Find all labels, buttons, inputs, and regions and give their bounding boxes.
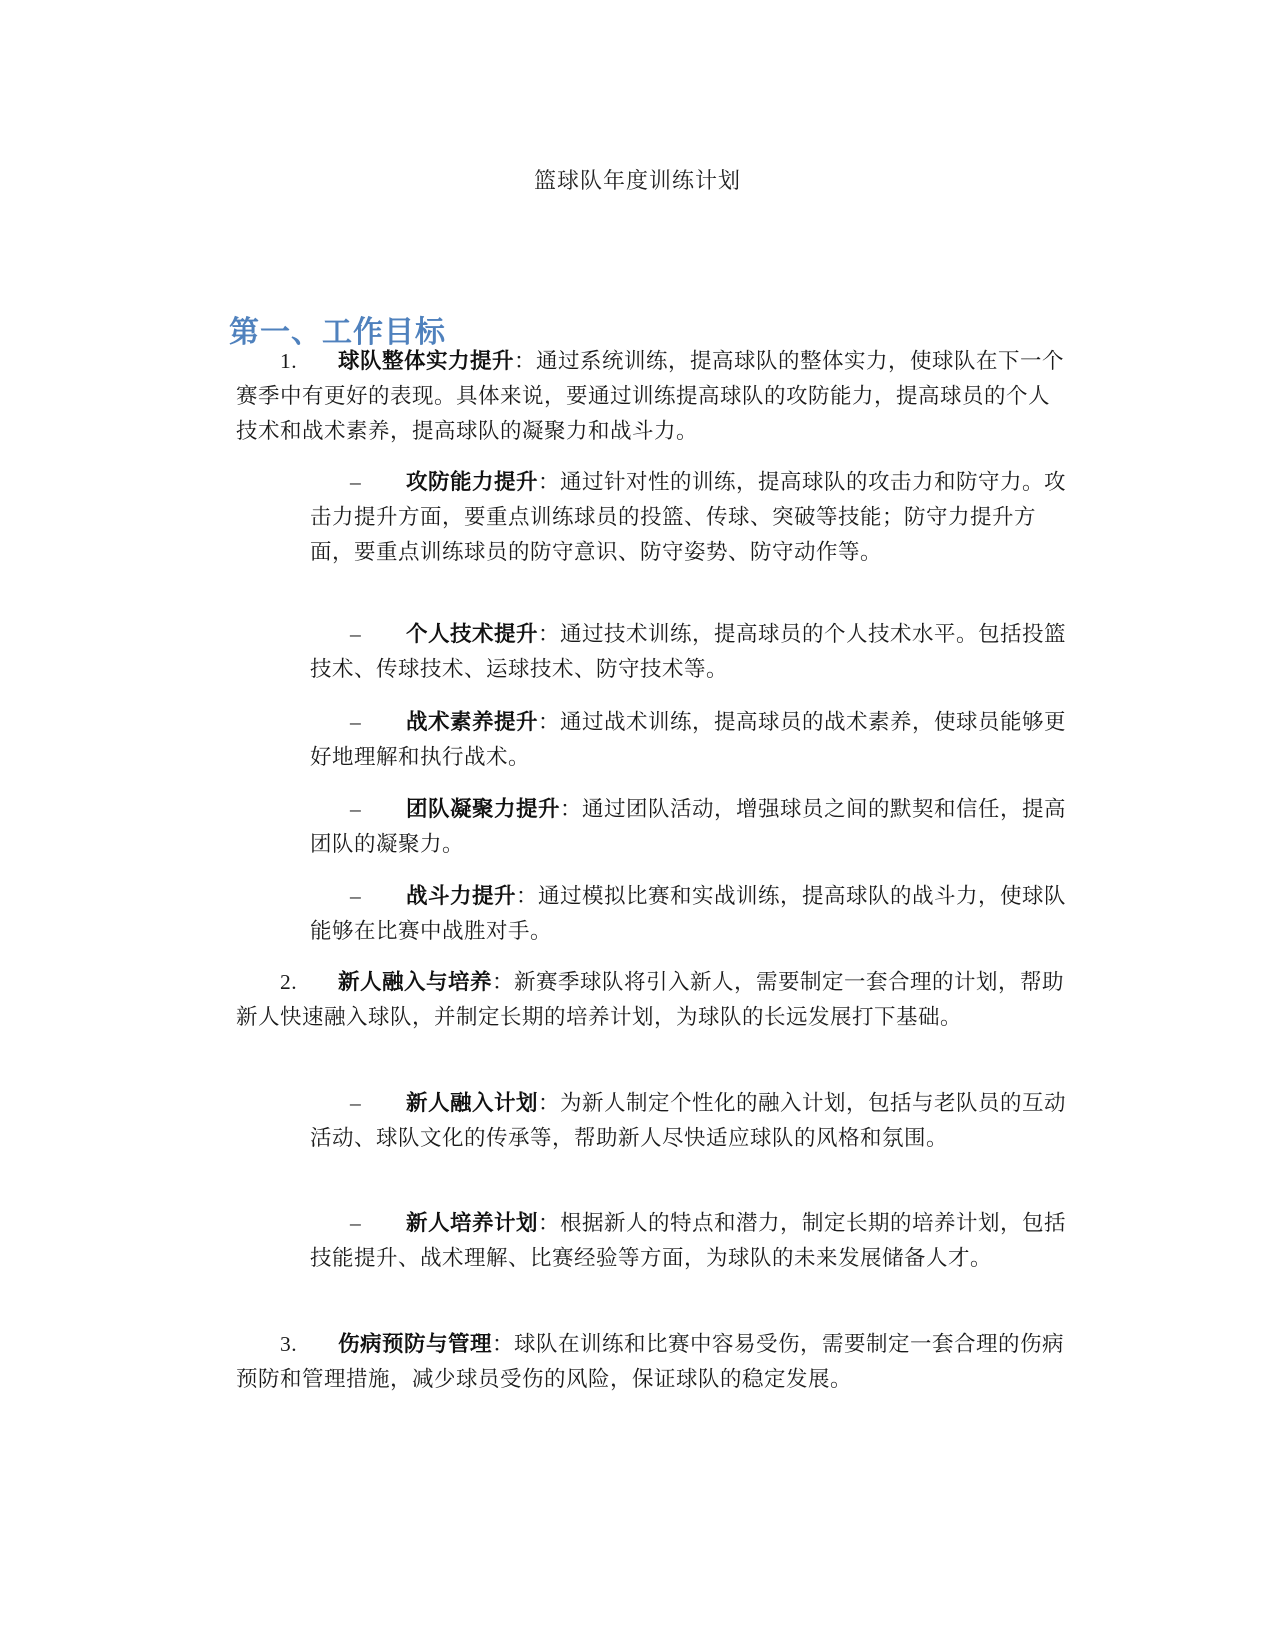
- bullet-dash: –: [350, 705, 406, 740]
- item-term: 团队凝聚力提升: [406, 797, 560, 822]
- sub-item-2-2: –新人培养计划：根据新人的特点和潜力，制定长期的培养计划，包括技能提升、战术理解…: [310, 1206, 1072, 1276]
- sub-item-1-4: –团队凝聚力提升：通过团队活动，增强球员之间的默契和信任，提高团队的凝聚力。: [310, 792, 1072, 862]
- list-number: 2.: [280, 965, 338, 1000]
- separator: ：: [538, 622, 560, 647]
- sub-item-1-2: –个人技术提升：通过技术训练，提高球员的个人技术水平。包括投篮技术、传球技术、运…: [310, 617, 1072, 687]
- separator: ：: [492, 1332, 514, 1357]
- item-term: 新人融入与培养: [338, 970, 492, 995]
- separator: ：: [516, 884, 538, 909]
- separator: ：: [492, 970, 514, 995]
- bullet-dash: –: [350, 879, 406, 914]
- sub-item-2-1: –新人融入计划：为新人制定个性化的融入计划，包括与老队员的互动活动、球队文化的传…: [310, 1086, 1072, 1156]
- list-item-3: 3.伤病预防与管理：球队在训练和比赛中容易受伤，需要制定一套合理的伤病预防和管理…: [236, 1327, 1068, 1397]
- bullet-dash: –: [350, 617, 406, 652]
- document-page: 篮球队年度训练计划 第一、工作目标 1.球队整体实力提升：通过系统训练，提高球队…: [0, 0, 1275, 1650]
- separator: ：: [538, 710, 560, 735]
- list-number: 3.: [280, 1327, 338, 1362]
- separator: ：: [538, 1091, 560, 1116]
- item-term: 战斗力提升: [406, 884, 516, 909]
- item-term: 个人技术提升: [406, 622, 538, 647]
- item-term: 新人培养计划: [406, 1211, 538, 1236]
- item-term: 战术素养提升: [406, 710, 538, 735]
- separator: ：: [538, 1211, 560, 1236]
- document-title: 篮球队年度训练计划: [0, 167, 1275, 197]
- list-item-1: 1.球队整体实力提升：通过系统训练，提高球队的整体实力，使球队在下一个赛季中有更…: [236, 344, 1068, 449]
- separator: ：: [560, 797, 582, 822]
- bullet-dash: –: [350, 1086, 406, 1121]
- sub-item-1-5: –战斗力提升：通过模拟比赛和实战训练，提高球队的战斗力，使球队能够在比赛中战胜对…: [310, 879, 1072, 949]
- sub-item-1-1: –攻防能力提升：通过针对性的训练，提高球队的攻击力和防守力。攻击力提升方面，要重…: [310, 465, 1072, 570]
- bullet-dash: –: [350, 1206, 406, 1241]
- item-term: 攻防能力提升: [406, 470, 538, 495]
- list-number: 1.: [280, 344, 338, 379]
- item-term: 伤病预防与管理: [338, 1332, 492, 1357]
- item-term: 球队整体实力提升: [338, 349, 514, 374]
- bullet-dash: –: [350, 792, 406, 827]
- separator: ：: [514, 349, 536, 374]
- bullet-dash: –: [350, 465, 406, 500]
- item-term: 新人融入计划: [406, 1091, 538, 1116]
- list-item-2: 2.新人融入与培养：新赛季球队将引入新人，需要制定一套合理的计划，帮助新人快速融…: [236, 965, 1068, 1035]
- sub-item-1-3: –战术素养提升：通过战术训练，提高球员的战术素养，使球员能够更好地理解和执行战术…: [310, 705, 1072, 775]
- separator: ：: [538, 470, 560, 495]
